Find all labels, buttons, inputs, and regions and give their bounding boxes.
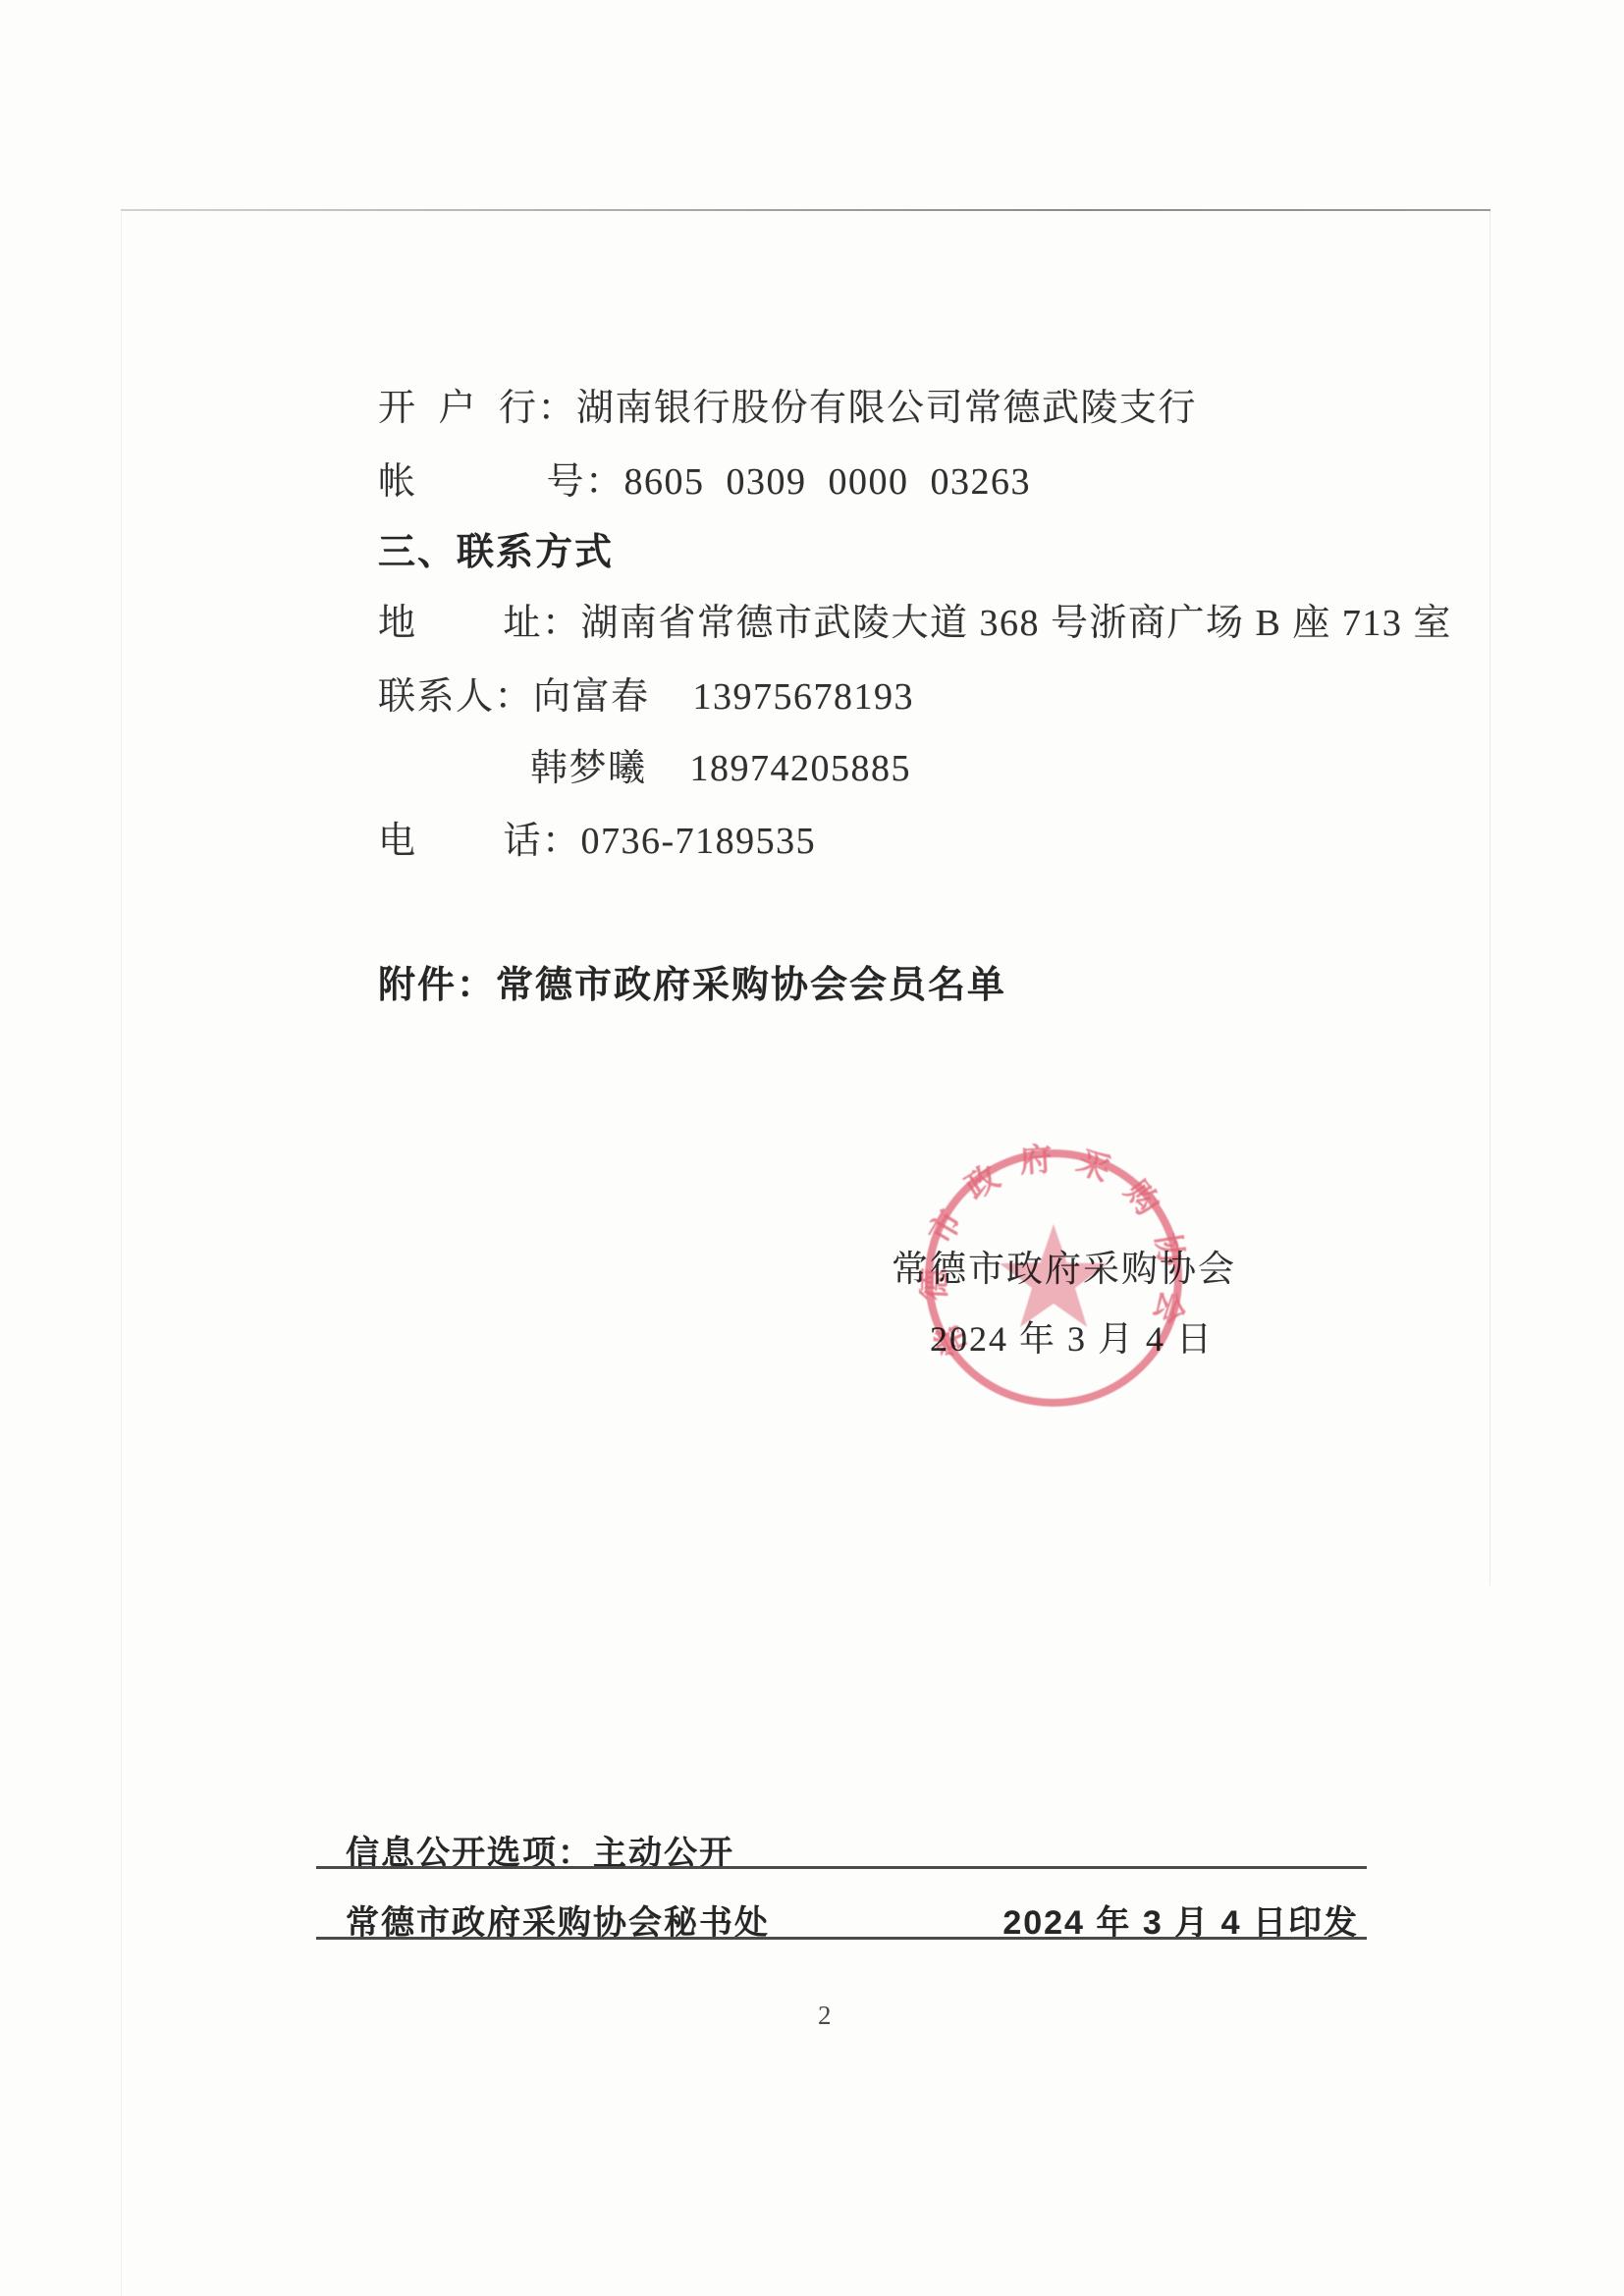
scan-canvas: 开 户 行：湖南银行股份有限公司常德武陵支行 帐 号：8605 0309 000…	[0, 0, 1624, 2296]
official-seal: 常德市政府采购协会	[919, 1144, 1188, 1413]
page-edge-left	[121, 211, 122, 2296]
bank-name-line: 开 户 行：湖南银行股份有限公司常德武陵支行	[378, 388, 1197, 431]
page-number: 2	[818, 2001, 832, 2031]
page-edge-right	[1489, 211, 1490, 1585]
colophon-rule-bottom	[316, 1937, 1367, 1940]
address-line: 地 址：湖南省常德市武陵大道 368 号浙商广场 B 座 713 室	[378, 603, 1452, 646]
page-edge-top	[121, 209, 1490, 211]
attachment-line: 附件：常德市政府采购协会会员名单	[378, 965, 1006, 1008]
colophon-rule-top	[316, 1866, 1367, 1869]
contact-person-line-2: 韩梦曦 18974205885	[530, 748, 911, 791]
contact-person-line-1: 联系人：向富春 13975678193	[378, 676, 914, 720]
phone-line: 电 话：0736-7189535	[378, 821, 816, 864]
star-icon	[1000, 1224, 1108, 1327]
account-number-line: 帐 号：8605 0309 0000 03263	[378, 461, 1031, 505]
section-heading-contact: 三、联系方式	[378, 532, 614, 575]
